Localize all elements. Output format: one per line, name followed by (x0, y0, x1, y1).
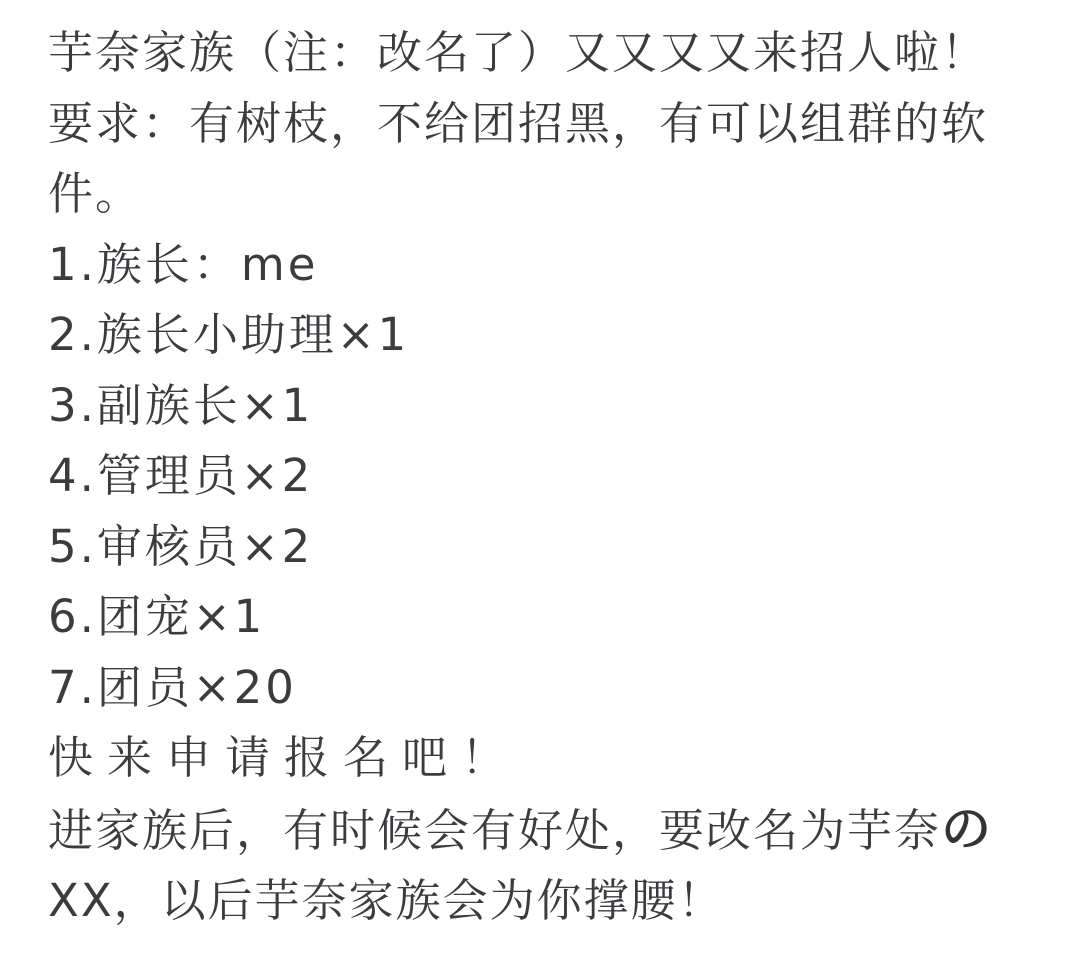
benefits-line: 进家族后，有时候会有好处，要改名为芋奈の (48, 794, 1040, 867)
roster-item-vice-leader: 3.副族长×1 (48, 371, 1040, 442)
handwritten-note: 芋奈家族（注：改名了）又又又又来招人啦！ 要求：有树枝，不给团招黑，有可以组群的… (0, 0, 1080, 960)
title-line: 芋奈家族（注：改名了）又又又又来招人啦！ (48, 18, 1040, 89)
closing-line: XX，以后芋奈家族会为你撑腰！ (48, 866, 1040, 937)
roster-item-mascot: 6.团宠×1 (48, 582, 1040, 653)
benefits-line-text: 进家族后，有时候会有好处，要改名为芋奈 (48, 804, 941, 857)
roster-item-member: 7.团员×20 (48, 653, 1040, 724)
call-to-action-line: 快来申请报名吧！ (48, 723, 1040, 794)
roster-item-leader: 1.族长：me (48, 230, 1040, 301)
roster-item-assistant: 2.族长小助理×1 (48, 300, 1040, 371)
requirements-line-wrap: 件。 (48, 159, 1040, 230)
no-particle-text: の (941, 800, 991, 858)
roster-item-reviewer: 5.审核员×2 (48, 512, 1040, 583)
roster-item-admin: 4.管理员×2 (48, 441, 1040, 512)
requirements-line: 要求：有树枝，不给团招黑，有可以组群的软 (48, 89, 1040, 160)
